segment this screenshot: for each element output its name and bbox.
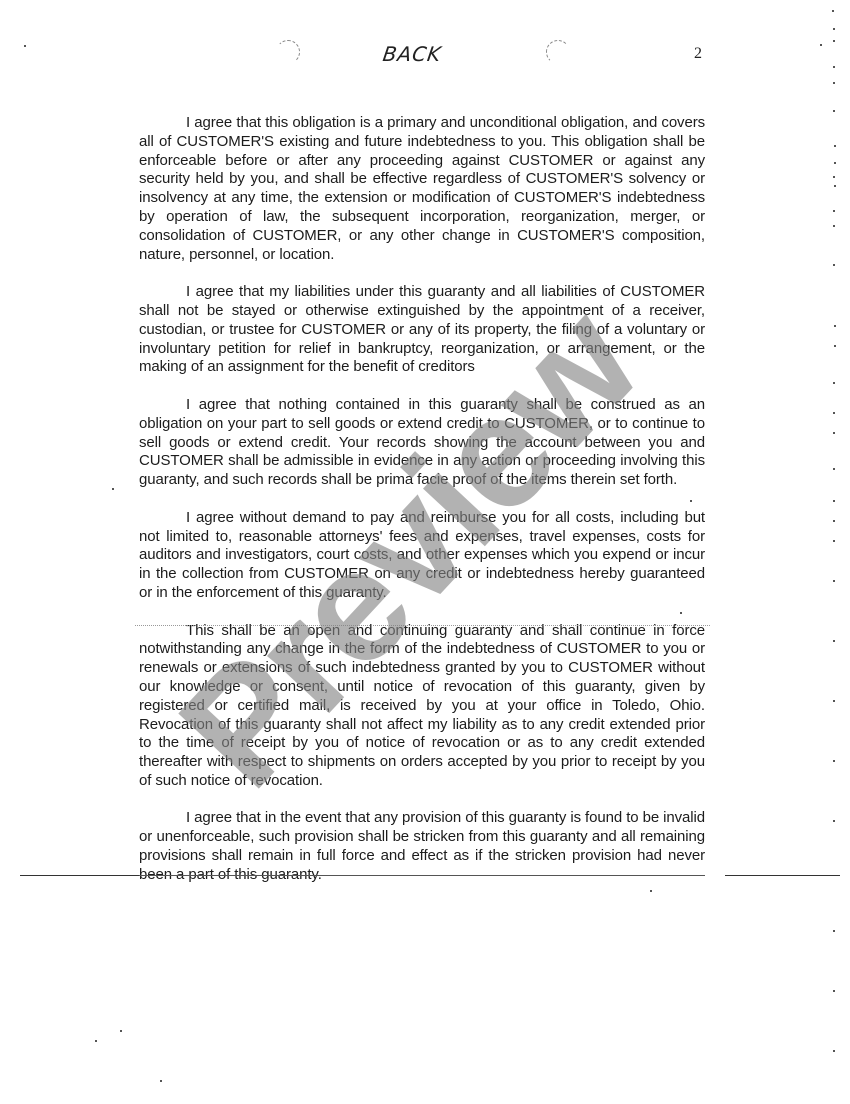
document-body: I agree that this obligation is a primar… [139,114,705,885]
handwritten-back-note: BACK [381,42,443,66]
paragraph-continuing-guaranty: This shall be an open and continuing gua… [139,622,705,791]
scan-line-artifact-middle [139,875,705,876]
paragraph-liabilities-not-stayed: I agree that my liabilities under this g… [139,283,705,377]
paragraph-reimburse-costs: I agree without demand to pay and reimbu… [139,509,705,603]
scan-line-artifact-left [20,875,140,876]
paragraph-no-obligation-to-sell: I agree that nothing contained in this g… [139,396,705,490]
punch-hole-mark-right [546,40,570,64]
paragraph-primary-obligation: I agree that this obligation is a primar… [139,114,705,264]
scan-dotted-line [135,625,710,626]
page-number: 2 [694,45,702,63]
scanned-document-page: BACK 2 I agree that this obligation is a… [0,0,850,1104]
scan-line-artifact-right [725,875,840,876]
paragraph-severability: I agree that in the event that any provi… [139,809,705,884]
punch-hole-mark-left [276,40,300,64]
